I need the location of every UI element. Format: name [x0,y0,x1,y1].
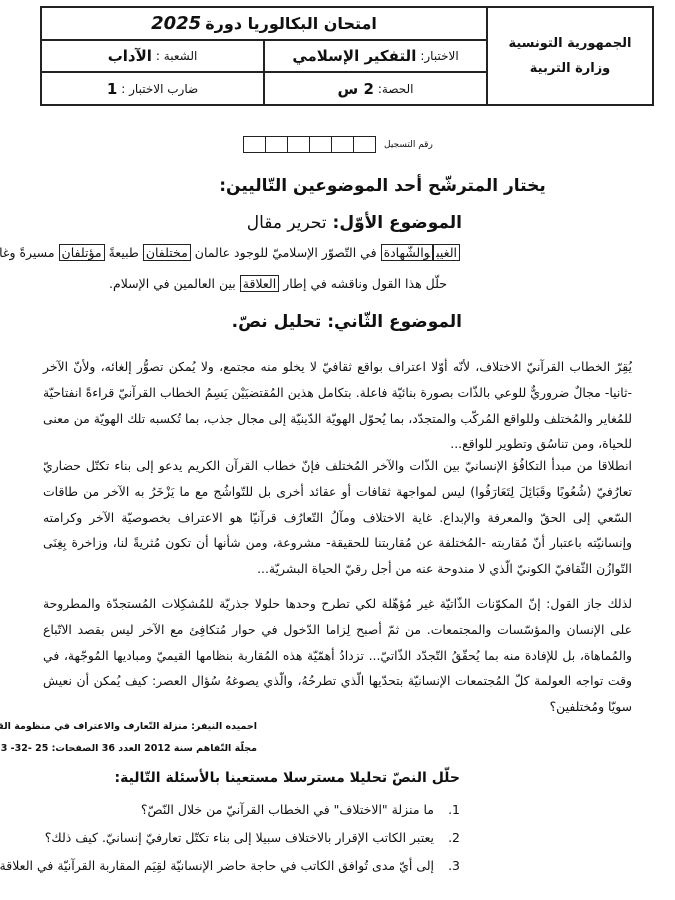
quote-text: طبيعةً [109,245,139,260]
exam-title: امتحان البكالوريا دورة 2025 [42,8,486,39]
registration-boxes [243,136,376,153]
question-item: 3. إلى أيّ مدى تُوافق الكاتب في حاجة حاض… [0,858,460,886]
exam-info-block: امتحان البكالوريا دورة 2025 الشعبة : الآ… [42,8,488,104]
duration-label: الحصة: [378,82,414,96]
question-item: 1. ما منزلة "الاختلاف" في الخطاب القرآني… [0,802,460,830]
ministry-name: وزارة التربية [530,61,611,76]
exam-header-table: امتحان البكالوريا دورة 2025 الشعبة : الآ… [40,6,654,106]
question-item: 2. يعتبر الكاتب الإقرار بالاختلاف سبيلا … [0,830,460,858]
topic2-heading: الموضوع الثّاني: تحليل نصّ. [232,312,462,332]
text-paragraph-2: انطلاقا من مبدأ التكافُؤ الإنسانيّ بين ا… [43,453,632,581]
question-number: 2. [446,830,460,858]
ministry-block: الجمهورية التونسية وزارة التربية [488,8,652,104]
registration-digit-box[interactable] [310,137,332,152]
question-number: 1. [446,802,460,830]
question-text: إلى أيّ مدى تُوافق الكاتب في حاجة حاضر ا… [0,858,434,886]
question-text: يعتبر الكاتب الإقرار بالاختلاف سبيلا إلى… [45,830,434,858]
quote-boxed-word: الغيب [433,244,460,261]
registration-digit-box[interactable] [354,137,375,152]
task-boxed-word: العلاقة [240,275,279,292]
exam-subject-row: الشعبة : الآداب الاختبار: التفكير الإسلا… [42,41,486,74]
exam-meta-row: ضارب الاختبار : 1 الحصة: 2 س [42,73,486,104]
topic1-label: الموضوع الأوّل: [333,213,462,233]
text-paragraph-1: يُقِرّ الخطاب القرآنيّ الاختلاف، لأنّه أ… [43,354,632,456]
registration-label: رقم التسجيل [384,140,433,150]
exam-title-text: امتحان البكالوريا دورة [205,14,377,33]
task-text: حلّل هذا القول وناقشه في إطار [283,276,447,291]
subject-cell: الاختبار: التفكير الإسلامي [263,41,486,72]
section-label: الشعبة : [156,49,197,63]
coefficient-label: ضارب الاختبار : [121,82,198,96]
topic1-quote: الغيبوالشّهادة في التّصوّر الإسلاميّ للو… [0,245,460,260]
questions-heading: حلّل النصّ تحليلا مسترسلا مستعينا بالأسئ… [115,770,461,786]
quote-text: مسيرةً وغايةً. [0,245,55,260]
quote-boxed-word: والشّهادة [381,244,434,261]
coefficient-value: 1 [107,80,117,98]
exam-title-row: امتحان البكالوريا دورة 2025 [42,8,486,41]
section-value: الآداب [108,47,152,65]
text-paragraph-3: لذلك جاز القول: إنّ المكوّنات الذّاتيّة … [43,591,632,719]
topic2-type: تحليل نصّ. [232,312,322,332]
topic1-task: حلّل هذا القول وناقشه في إطار العلاقة بي… [109,276,447,291]
instruction: يختار المترشّح أحد الموضوعين التّاليين: [150,176,615,196]
registration-digit-box[interactable] [332,137,354,152]
registration-digit-box[interactable] [244,137,266,152]
country-name: الجمهورية التونسية [508,36,631,51]
subject-label: الاختبار: [420,49,458,63]
subject-value: التفكير الإسلامي [292,47,416,65]
questions-list: 1. ما منزلة "الاختلاف" في الخطاب القرآني… [0,802,460,886]
duration-value: 2 س [338,80,374,98]
topic2-label: الموضوع الثّاني: [327,312,462,332]
coefficient-cell: ضارب الاختبار : 1 [42,73,263,104]
topic1-type: تحرير مقال [247,213,327,233]
registration-number: رقم التسجيل [243,136,433,153]
duration-cell: الحصة: 2 س [263,73,486,104]
task-text: بين العالمين في الإسلام. [109,276,236,291]
exam-year: 2025 [151,13,201,34]
source-author-work: احميده النيفر: منزلة التّعارف والاعتراف … [0,721,257,732]
registration-digit-box[interactable] [288,137,310,152]
section-cell: الشعبة : الآداب [42,41,263,72]
topic1-heading: الموضوع الأوّل: تحرير مقال [247,213,462,233]
source-publication: مجلّة التّفاهم سنة 2012 العدد 36 الصفحات… [0,743,257,754]
question-number: 3. [446,858,460,886]
quote-boxed-word: مختلفان [143,244,191,261]
registration-digit-box[interactable] [266,137,288,152]
question-text: ما منزلة "الاختلاف" في الخطاب القرآنيّ م… [141,802,434,830]
quote-text: في التّصوّر الإسلاميّ للوجود عالمان [195,245,377,260]
quote-boxed-word: مؤتلفان [59,244,105,261]
